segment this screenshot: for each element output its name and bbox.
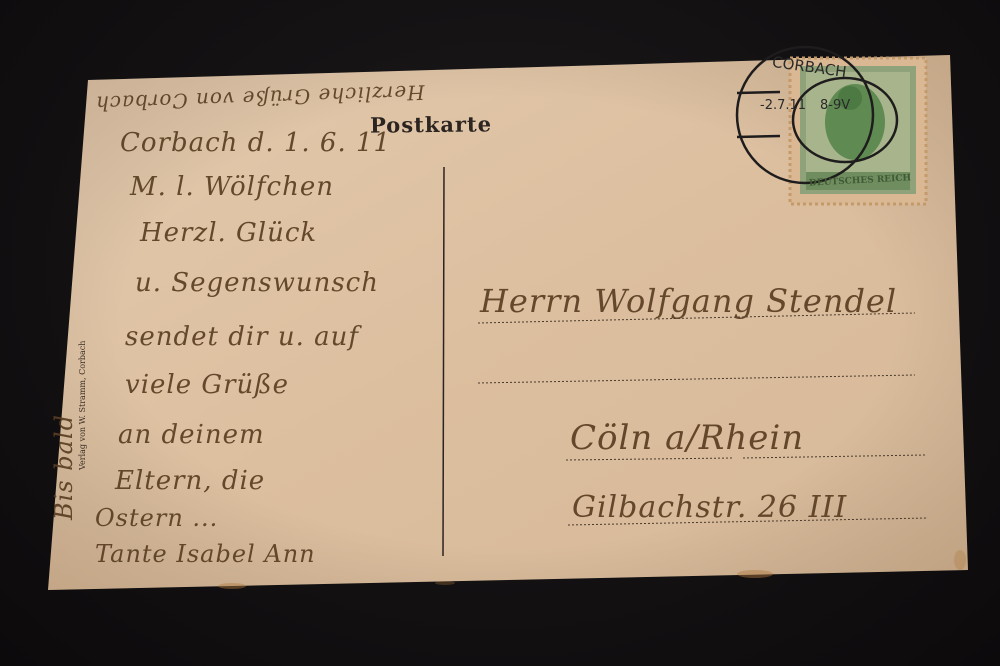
message-line: Tante Isabel Ann: [95, 540, 316, 568]
publisher-imprint: Verlag von W. Stramm, Corbach: [78, 341, 87, 470]
message-line: sendet dir u. auf: [125, 322, 359, 352]
message-place-date: Corbach d. 1. 6. 11: [120, 128, 391, 158]
message-line: Herzl. Glück: [140, 218, 317, 248]
message-line: M. l. Wölfchen: [130, 172, 334, 202]
message-margin-note: Bis bald: [50, 414, 78, 520]
address-city: Cöln a/Rhein: [570, 418, 804, 458]
message-line: u. Segenswunsch: [135, 268, 379, 298]
address-recipient: Herrn Wolfgang Stendel: [480, 282, 897, 320]
postmark-date: -2.7.11: [760, 98, 806, 113]
message-line: Ostern ...: [95, 504, 218, 532]
postcard-photo: Postkarte Verlag von W. Stramm, Corbach …: [0, 0, 1000, 666]
message-line: viele Grüße: [125, 370, 289, 400]
address-street: Gilbachstr. 26 III: [572, 490, 847, 525]
message-line: an deinem: [118, 420, 265, 450]
postmark-time: 8-9V: [820, 98, 850, 113]
message-line: Eltern, die: [115, 466, 265, 496]
